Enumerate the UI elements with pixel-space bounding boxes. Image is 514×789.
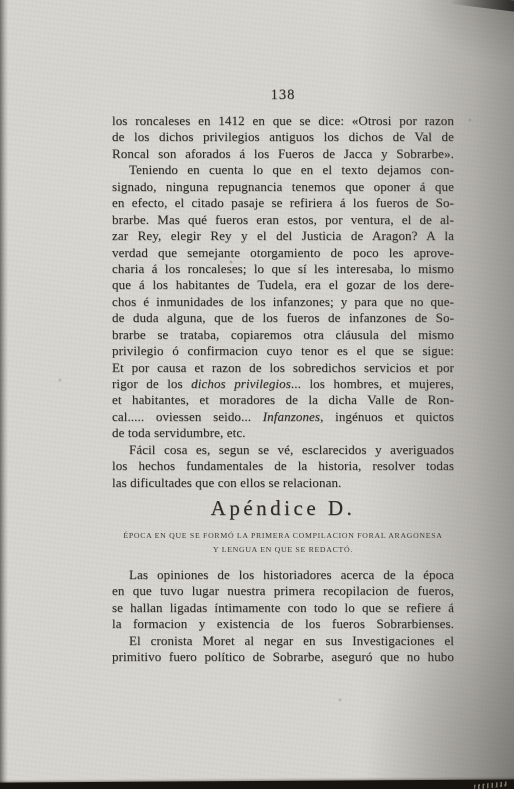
text-line: signado, ninguna repugnancia tenemos que…: [112, 179, 454, 195]
italic-phrase: dichos privilegios: [191, 376, 291, 391]
text-line: en efecto, el citado pasaje se refiriera…: [112, 195, 454, 211]
left-edge-shadow: [0, 0, 8, 789]
text-line: de los dichos privilegios antiguos los d…: [112, 129, 454, 145]
italic-phrase: Infanzones: [263, 409, 320, 424]
text-fragment: ... los hombres, et mujeres,: [291, 376, 454, 391]
text-line: verdad que semejante otorgamiento de poc…: [112, 245, 454, 261]
text-fragment: cal..... oviessen seido...: [112, 409, 263, 424]
bottom-right-scribble-mark: [474, 781, 508, 789]
text-line: rigor de los dichos privilegios... los h…: [112, 376, 454, 392]
appendix-text-column: Las opiniones de los historiadores acerc…: [112, 567, 454, 666]
bottom-scan-band: [0, 779, 514, 789]
text-line: primitivo fuero político de Sobrarbe, as…: [112, 649, 454, 665]
text-line: las dificultades que con ellos se relaci…: [112, 475, 454, 491]
text-line: en que tuvo lugar nuestra primera recopi…: [112, 583, 454, 599]
text-line: brarbe. Mas qué fueros eran estos, por v…: [112, 212, 454, 228]
main-text-column: los roncaleses en 1412 en que se dice: «…: [112, 113, 454, 491]
text-line: de duda alguna, que de los fueros de inf…: [112, 310, 454, 326]
text-line: se hallan ligadas íntimamente con todo l…: [112, 600, 454, 616]
text-line: chos é inmunidades de los infanzones; y …: [112, 294, 454, 310]
top-right-corner-mark: [450, 0, 514, 12]
text-fragment: , ingénuos et quictos: [320, 409, 454, 424]
text-fragment: rigor de los: [112, 376, 191, 391]
appendix-heading: Apéndice D.: [112, 496, 454, 521]
text-line: privilegio ó confirmacion cuyo tenor es …: [112, 343, 454, 359]
page-number: 138: [112, 87, 454, 104]
text-line: et habitantes, et moradores de la dicha …: [112, 392, 454, 408]
text-line: de toda servidumbre, etc.: [112, 425, 454, 441]
text-line: que á los habitantes de Tudela, era el g…: [112, 277, 454, 293]
text-line: Et por causa et razon de los sobredichos…: [112, 360, 454, 376]
text-line: Las opiniones de los historiadores acerc…: [112, 567, 454, 583]
text-line: la formacion y existencia de los fueros …: [112, 616, 454, 632]
text-line: cal..... oviessen seido... Infanzones, i…: [112, 409, 454, 425]
appendix-subtitle-line: Y LENGUA EN QUE SE REDACTÓ.: [100, 543, 466, 557]
text-line: Roncal son aforados á los Fueros de Jacc…: [112, 146, 454, 162]
text-line: El cronista Moret al negar en sus Invest…: [112, 633, 454, 649]
text-line: charia á los roncaleses; lo que sí les i…: [112, 261, 454, 277]
text-line: Fácil cosa es, segun se vé, esclarecidos…: [112, 442, 454, 458]
text-line: zar Rey, elegir Rey y el del Justicia de…: [112, 228, 454, 244]
appendix-subtitle: ÉPOCA EN QUE SE FORMÓ LA PRIMERA COMPILA…: [100, 529, 466, 556]
text-line: Teniendo en cuenta lo que en el texto de…: [112, 162, 454, 178]
text-line: brarbe se trataba, copiaremos otra cláus…: [112, 327, 454, 343]
scanned-book-page: 138 los roncaleses en 1412 en que se dic…: [0, 0, 514, 789]
text-line: los hechos fundamentales de la historia,…: [112, 458, 454, 474]
text-line: los roncaleses en 1412 en que se dice: «…: [112, 113, 454, 129]
appendix-subtitle-line: ÉPOCA EN QUE SE FORMÓ LA PRIMERA COMPILA…: [100, 529, 466, 543]
